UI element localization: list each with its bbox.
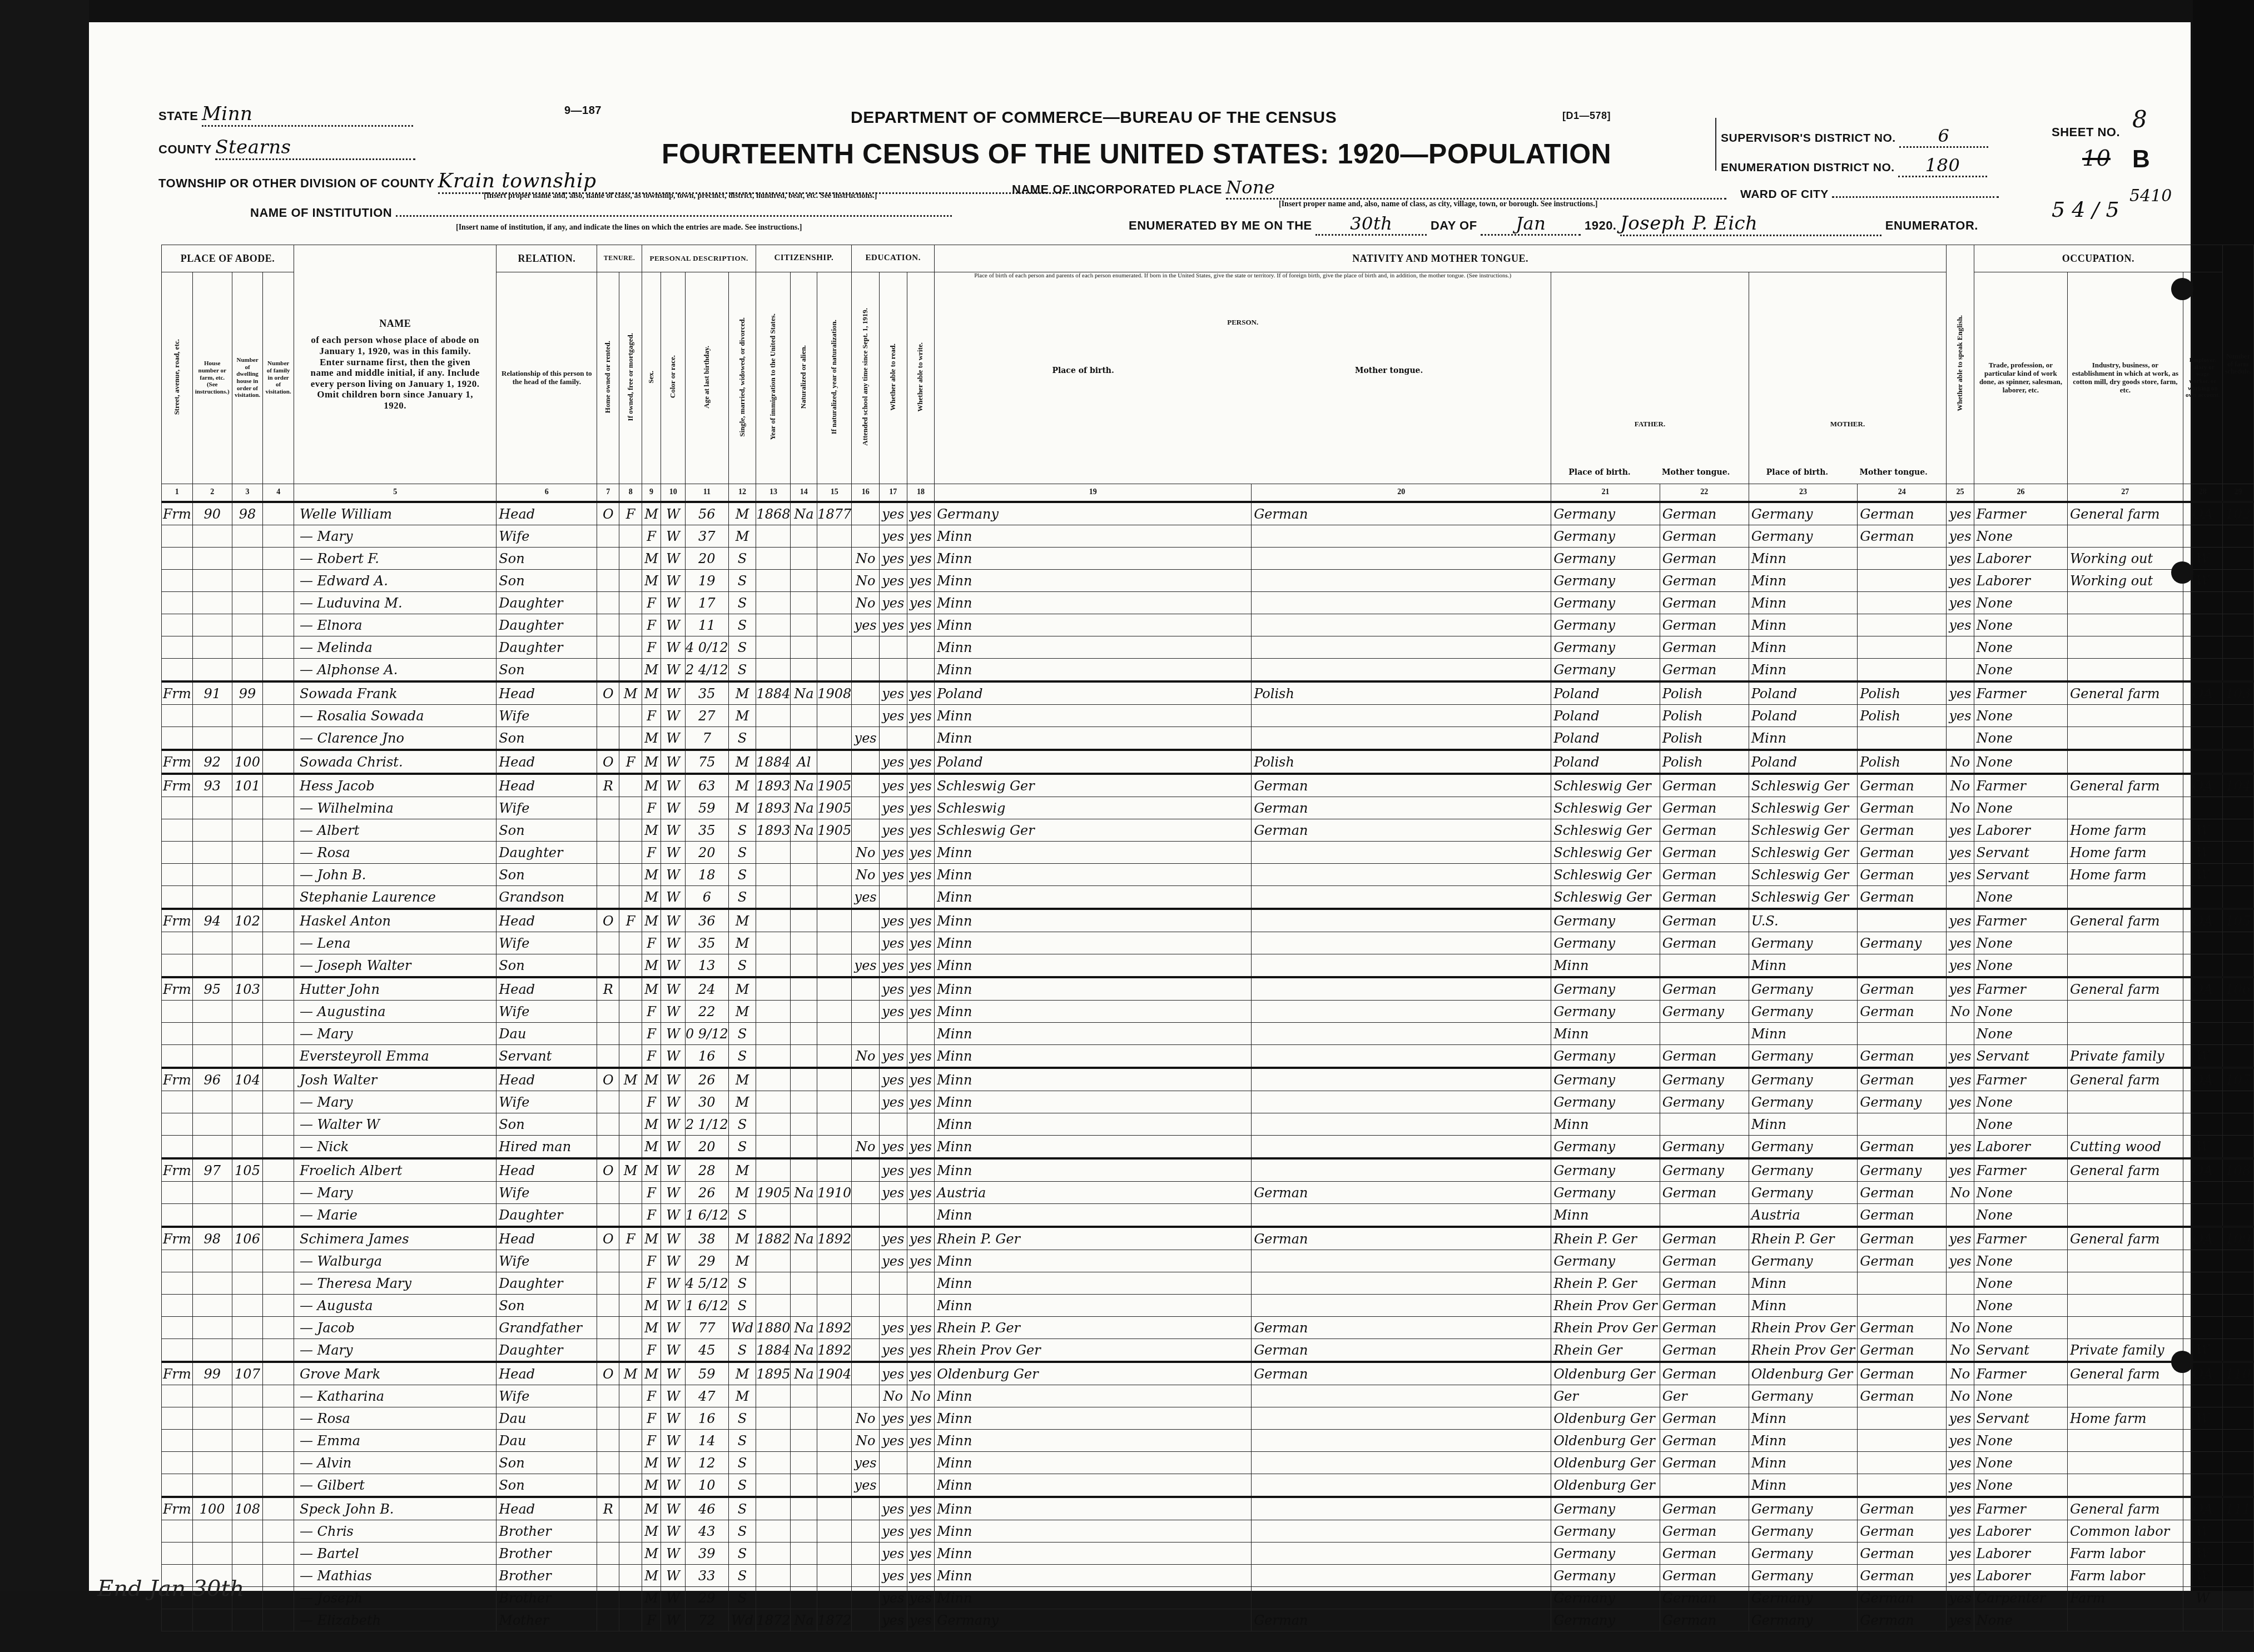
cell-family-number <box>263 1497 294 1520</box>
cell-rel: Dau <box>497 1407 597 1430</box>
cell-read: yes <box>879 1587 907 1609</box>
cell-tongue: German <box>1252 1609 1551 1631</box>
cell-mtongue: German <box>1858 1565 1947 1587</box>
cell-mtongue: German <box>1858 502 1947 525</box>
cell-name: — Clarence Jno <box>294 727 496 750</box>
cell-road <box>162 1520 193 1542</box>
cell-ftongue: German <box>1660 1542 1749 1565</box>
cell-race: W <box>661 548 686 570</box>
cell-ms: S <box>728 819 756 842</box>
cell-farm <box>2222 1474 2253 1497</box>
cell-natyr <box>817 1045 852 1068</box>
cell-occ: None <box>1974 1001 2067 1023</box>
cell-rel: Daughter <box>497 592 597 614</box>
cell-family-number <box>263 977 294 1001</box>
cell-race: W <box>661 1452 686 1474</box>
cell-read <box>879 659 907 682</box>
cell-fpob: Oldenburg Ger <box>1551 1362 1660 1385</box>
col-num: 17 <box>879 484 907 502</box>
cell-nat <box>791 1565 817 1587</box>
cell-eng <box>1947 636 1974 659</box>
cell-pob: Minn <box>935 1272 1252 1295</box>
cell-imm <box>756 977 791 1001</box>
cell-ms: M <box>728 797 756 819</box>
cell-ms: S <box>728 1587 756 1609</box>
cell-sex: M <box>642 548 661 570</box>
cell-name: — Robert F. <box>294 548 496 570</box>
cell-ftongue: German <box>1660 548 1749 570</box>
cell-rel: Dau <box>497 1430 597 1452</box>
cell-emp: OA <box>2183 1497 2222 1520</box>
cell-fpob: Germany <box>1551 525 1660 548</box>
cell-ms: S <box>728 1272 756 1295</box>
cell-name: — Edward A. <box>294 570 496 592</box>
cell-ind <box>2068 1023 2183 1045</box>
cell-race: W <box>661 636 686 659</box>
group-citizenship: CITIZENSHIP. <box>756 245 852 272</box>
father-label: FATHER. <box>1553 420 1746 429</box>
cell-mort <box>619 1542 642 1565</box>
cell-pob: Minn <box>935 1045 1252 1068</box>
cell-tongue <box>1252 1204 1551 1227</box>
cell-family-number <box>263 1339 294 1362</box>
cell-emp: OA <box>2183 909 2222 932</box>
cell-age: 14 <box>685 1430 728 1452</box>
cell-race: W <box>661 1023 686 1045</box>
cell-race: W <box>661 886 686 909</box>
cell-read: yes <box>879 1045 907 1068</box>
cell-natyr <box>817 1272 852 1295</box>
cell-race: W <box>661 1068 686 1091</box>
cell-eng: yes <box>1947 1250 1974 1272</box>
cell-rel: Son <box>497 954 597 978</box>
cell-eng: yes <box>1947 1407 1974 1430</box>
cell-nat: Na <box>791 774 817 797</box>
cell-rel: Mother <box>497 1609 597 1631</box>
cell-ms: S <box>728 548 756 570</box>
cell-nat: Na <box>791 1362 817 1385</box>
cell-tongue <box>1252 1385 1551 1407</box>
cell-fpob: Germany <box>1551 1045 1660 1068</box>
cell-fpob: Rhein Ger <box>1551 1339 1660 1362</box>
enumeration-label: ENUMERATION DISTRICT NO. <box>1721 161 1895 174</box>
cell-write <box>907 1474 935 1497</box>
cell-ind <box>2068 797 2183 819</box>
cell-ftongue: Germany <box>1660 1091 1749 1113</box>
cell-race: W <box>661 819 686 842</box>
cell-rel: Dau <box>497 1023 597 1045</box>
table-row: — JosephBrotherMW29SyesyesMinnGermanyGer… <box>162 1587 2254 1609</box>
cell-mpob: Rhein Prov Ger <box>1749 1339 1858 1362</box>
cell-age: 13 <box>685 954 728 978</box>
cell-ftongue: German <box>1660 1317 1749 1339</box>
cell-name: — Albert <box>294 819 496 842</box>
cell-pob: Rhein Prov Ger <box>935 1339 1252 1362</box>
cell-occ: Laborer <box>1974 548 2067 570</box>
cell-emp: OA <box>2183 681 2222 705</box>
cell-mpob: Poland <box>1749 681 1858 705</box>
cell-family-number <box>263 1317 294 1339</box>
cell-mpob: Germany <box>1749 1136 1858 1159</box>
cell-road: Frm <box>162 909 193 932</box>
cell-pob: Minn <box>935 909 1252 932</box>
cell-house <box>192 1023 232 1045</box>
cell-name: Haskel Anton <box>294 909 496 932</box>
cell-school <box>852 502 880 525</box>
cell-age: 1 6/12 <box>685 1295 728 1317</box>
cell-ind <box>2068 1430 2183 1452</box>
cell-emp <box>2183 1474 2222 1497</box>
cell-farm <box>2222 1317 2253 1339</box>
cell-imm <box>756 1136 791 1159</box>
cell-imm <box>756 1452 791 1474</box>
cell-occ: Farmer <box>1974 909 2067 932</box>
cell-fpob: Poland <box>1551 727 1660 750</box>
cell-dwelling <box>232 1136 263 1159</box>
punch-hole <box>2171 561 2193 584</box>
cell-farm <box>2222 1091 2253 1113</box>
cell-age: 63 <box>685 774 728 797</box>
cell-mtongue: German <box>1858 1542 1947 1565</box>
cell-race: W <box>661 1227 686 1250</box>
cell-farm <box>2222 886 2253 909</box>
cell-age: 22 <box>685 1001 728 1023</box>
cell-mpob: Schleswig Ger <box>1749 819 1858 842</box>
cell-road <box>162 1474 193 1497</box>
cell-road <box>162 886 193 909</box>
cell-farm <box>2222 1385 2253 1407</box>
cell-write: yes <box>907 1250 935 1272</box>
cell-dwelling <box>232 1295 263 1317</box>
name-instructions: of each person whose place of abode on J… <box>296 335 494 411</box>
cell-read: yes <box>879 548 907 570</box>
cell-ind: Working out <box>2068 570 2183 592</box>
cell-ms: M <box>728 705 756 727</box>
cell-farm <box>2222 1250 2253 1272</box>
cell-school <box>852 1497 880 1520</box>
cell-dwelling <box>232 614 263 636</box>
cell-age: 36 <box>685 909 728 932</box>
group-occupation: OCCUPATION. <box>1974 245 2222 272</box>
state-label: STATE <box>158 109 198 123</box>
cell-natyr <box>817 1023 852 1045</box>
cell-dwelling <box>232 1339 263 1362</box>
cell-tongue <box>1252 1091 1551 1113</box>
cell-mort <box>619 659 642 682</box>
cell-name: Hutter John <box>294 977 496 1001</box>
cell-mtongue <box>1858 592 1947 614</box>
cell-imm: 1882 <box>756 1227 791 1250</box>
col-num: 7 <box>597 484 619 502</box>
cell-sex: M <box>642 1452 661 1474</box>
township-value: Krain township <box>438 170 1094 194</box>
cell-nat <box>791 659 817 682</box>
cell-farm: 105 <box>2222 909 2253 932</box>
cell-occ: None <box>1974 727 2067 750</box>
cell-ftongue: German <box>1660 614 1749 636</box>
cell-own <box>597 548 619 570</box>
cell-age: 43 <box>685 1520 728 1542</box>
cell-occ: None <box>1974 1474 2067 1497</box>
cell-fpob: Germany <box>1551 1091 1660 1113</box>
cell-write: yes <box>907 1542 935 1565</box>
cell-road <box>162 636 193 659</box>
cell-occ: None <box>1974 1204 2067 1227</box>
cell-imm <box>756 1113 791 1136</box>
cell-imm <box>756 864 791 886</box>
cell-nat <box>791 886 817 909</box>
cell-natyr <box>817 1430 852 1452</box>
state-value: Minn <box>202 103 413 127</box>
cell-rel: Head <box>497 681 597 705</box>
cell-mpob: Germany <box>1749 1068 1858 1091</box>
cell-emp: W <box>2183 819 2222 842</box>
cell-dwelling <box>232 1023 263 1045</box>
cell-school <box>852 681 880 705</box>
cell-farm <box>2222 954 2253 978</box>
cell-ind: Cutting wood <box>2068 1136 2183 1159</box>
name-header: NAME <box>296 318 494 330</box>
cell-name: Speck John B. <box>294 1497 496 1520</box>
col-num: 21 <box>1551 484 1660 502</box>
cell-natyr <box>817 886 852 909</box>
cell-pob: Minn <box>935 1295 1252 1317</box>
cell-ind <box>2068 954 2183 978</box>
cell-farm <box>2222 525 2253 548</box>
table-row: — MaryDaughterFW45S1884Na1892yesyesRhein… <box>162 1339 2254 1362</box>
cell-nat <box>791 570 817 592</box>
cell-own: O <box>597 909 619 932</box>
cell-write: No <box>907 1385 935 1407</box>
col-num: 4 <box>263 484 294 502</box>
institution-label: NAME OF INSTITUTION <box>250 206 392 220</box>
col-13-header: Year of immigration to the United States… <box>756 272 791 484</box>
table-row: — MaryWifeFW30MyesyesMinnGermanyGermanyG… <box>162 1091 2254 1113</box>
cell-natyr <box>817 1001 852 1023</box>
cell-family-number <box>263 548 294 570</box>
cell-ind: General farm <box>2068 774 2183 797</box>
punch-hole <box>2171 278 2193 300</box>
cell-nat <box>791 1045 817 1068</box>
cell-occ: None <box>1974 1023 2067 1045</box>
col-8-header: If owned, free or mortgaged. <box>619 272 642 484</box>
cell-name: — Joseph Walter <box>294 954 496 978</box>
cell-sex: F <box>642 1001 661 1023</box>
cell-eng: yes <box>1947 1158 1974 1182</box>
cell-dwelling <box>232 1204 263 1227</box>
cell-own <box>597 1430 619 1452</box>
cell-house <box>192 1474 232 1497</box>
col-12-header: Single, married, widowed, or divorced. <box>728 272 756 484</box>
cell-ind <box>2068 592 2183 614</box>
cell-sex: M <box>642 1227 661 1250</box>
cell-school <box>852 705 880 727</box>
cell-read: yes <box>879 502 907 525</box>
cell-road: Frm <box>162 750 193 774</box>
cell-race: W <box>661 1113 686 1136</box>
cell-dwelling: 106 <box>232 1227 263 1250</box>
cell-house <box>192 842 232 864</box>
cell-house <box>192 1204 232 1227</box>
cell-rel: Brother <box>497 1542 597 1565</box>
cell-emp: OA <box>2183 1227 2222 1250</box>
cell-race: W <box>661 1497 686 1520</box>
cell-house <box>192 1001 232 1023</box>
cell-imm <box>756 1587 791 1609</box>
cell-sex: F <box>642 1045 661 1068</box>
cell-eng: yes <box>1947 932 1974 954</box>
cell-fpob: Germany <box>1551 1609 1660 1631</box>
cell-ind: General farm <box>2068 1497 2183 1520</box>
col-num: 18 <box>907 484 935 502</box>
cell-rel: Head <box>497 750 597 774</box>
cell-tongue <box>1252 1158 1551 1182</box>
cell-farm: 106 <box>2222 977 2253 1001</box>
cell-house: 97 <box>192 1158 232 1182</box>
cell-mpob: Germany <box>1749 1565 1858 1587</box>
cell-eng <box>1947 1272 1974 1295</box>
cell-tongue <box>1252 1068 1551 1091</box>
cell-own <box>597 1272 619 1295</box>
cell-school <box>852 1317 880 1339</box>
cell-imm: 1905 <box>756 1182 791 1204</box>
cell-fpob: Minn <box>1551 954 1660 978</box>
table-row: Frm99107Grove MarkHeadOMMW59M1895Na1904y… <box>162 1362 2254 1385</box>
census-rows: Frm9098Welle WilliamHeadOFMW56M1868Na187… <box>162 502 2254 1631</box>
cell-sex: F <box>642 932 661 954</box>
cell-mpob: Germany <box>1749 1250 1858 1272</box>
cell-mtongue <box>1858 1452 1947 1474</box>
cell-rel: Head <box>497 1068 597 1091</box>
col-3-header: Number of dwelling house in order of vis… <box>232 272 263 484</box>
cell-house <box>192 548 232 570</box>
col-num: 20 <box>1252 484 1551 502</box>
sheet-number: 8 <box>2132 106 2147 133</box>
cell-ind <box>2068 1204 2183 1227</box>
cell-emp <box>2183 1023 2222 1045</box>
cell-write: yes <box>907 819 935 842</box>
cell-ms: S <box>728 1407 756 1430</box>
cell-ftongue: German <box>1660 1587 1749 1609</box>
cell-tongue <box>1252 842 1551 864</box>
incorporated-field: NAME OF INCORPORATED PLACE None <box>1012 177 1726 200</box>
cell-own <box>597 1385 619 1407</box>
cell-name: — Emma <box>294 1430 496 1452</box>
col-15-header: If naturalized, year of naturalization. <box>817 272 852 484</box>
cell-age: 16 <box>685 1045 728 1068</box>
cell-age: 6 <box>685 886 728 909</box>
cell-eng <box>1947 727 1974 750</box>
cell-eng <box>1947 886 1974 909</box>
cell-mtongue: German <box>1858 1068 1947 1091</box>
table-row: Frm93101Hess JacobHeadRMW63M1893Na1905ye… <box>162 774 2254 797</box>
cell-farm <box>2222 636 2253 659</box>
sheet-side: B <box>2132 146 2150 173</box>
cell-school: yes <box>852 614 880 636</box>
cell-natyr <box>817 1204 852 1227</box>
cell-age: 17 <box>685 592 728 614</box>
cell-ftongue: German <box>1660 1407 1749 1430</box>
cell-fpob: Germany <box>1551 1158 1660 1182</box>
state-field: STATE Minn <box>158 103 413 127</box>
cell-fpob: Germany <box>1551 977 1660 1001</box>
cell-write: yes <box>907 1609 935 1631</box>
cell-road <box>162 592 193 614</box>
cell-name: — Jacob <box>294 1317 496 1339</box>
cell-family-number <box>263 570 294 592</box>
cell-read: yes <box>879 864 907 886</box>
cell-pob: Minn <box>935 1001 1252 1023</box>
cell-name: — Mary <box>294 1091 496 1113</box>
cell-family-number <box>263 1136 294 1159</box>
cell-school <box>852 1587 880 1609</box>
cell-natyr <box>817 1565 852 1587</box>
cell-emp <box>2183 1609 2222 1631</box>
col-10-header: Color or race. <box>661 272 686 484</box>
table-row: Frm96104Josh WalterHeadOMMW26MyesyesMinn… <box>162 1068 2254 1091</box>
col-2-header: House number or farm, etc. (See instruct… <box>192 272 232 484</box>
cell-age: 20 <box>685 548 728 570</box>
enumerated-line: ENUMERATED BY ME ON THE 30th DAY OF Jan … <box>1129 212 1978 236</box>
cell-rel: Wife <box>497 932 597 954</box>
cell-road <box>162 1045 193 1068</box>
cell-pob: Schleswig Ger <box>935 819 1252 842</box>
cell-dwelling: 107 <box>232 1362 263 1385</box>
cell-ms: M <box>728 932 756 954</box>
cell-name: — Katharina <box>294 1385 496 1407</box>
cell-farm: 107 <box>2222 1068 2253 1091</box>
cell-write: yes <box>907 909 935 932</box>
cell-race: W <box>661 659 686 682</box>
form-code: [D1—578] <box>1562 110 1611 122</box>
cell-name: — Luduvina M. <box>294 592 496 614</box>
cell-road: Frm <box>162 1227 193 1250</box>
cell-nat <box>791 1407 817 1430</box>
cell-fpob: Rhein Prov Ger <box>1551 1295 1660 1317</box>
cell-ind <box>2068 886 2183 909</box>
cell-fpob: Minn <box>1551 1204 1660 1227</box>
cell-dwelling <box>232 1091 263 1113</box>
cell-tongue: German <box>1252 1227 1551 1250</box>
incorporated-label: NAME OF INCORPORATED PLACE <box>1012 182 1222 196</box>
end-note: End Jan 30th <box>97 1576 244 1601</box>
cell-read: yes <box>879 932 907 954</box>
cell-imm <box>756 1407 791 1430</box>
cell-own: O <box>597 1362 619 1385</box>
cell-own <box>597 1452 619 1474</box>
table-row: — BartelBrotherMW39SyesyesMinnGermanyGer… <box>162 1542 2254 1565</box>
cell-read <box>879 1023 907 1045</box>
cell-natyr: 1905 <box>817 797 852 819</box>
cell-nat <box>791 977 817 1001</box>
cell-ind: General farm <box>2068 1158 2183 1182</box>
cell-house: 90 <box>192 502 232 525</box>
cell-family-number <box>263 727 294 750</box>
cell-occ: Servant <box>1974 1339 2067 1362</box>
cell-read: yes <box>879 681 907 705</box>
cell-eng: yes <box>1947 954 1974 978</box>
cell-write: yes <box>907 1497 935 1520</box>
cell-fpob: Germany <box>1551 909 1660 932</box>
cell-road <box>162 659 193 682</box>
cell-own <box>597 1609 619 1631</box>
col-28-header: Employer, salary or wage worker, or work… <box>2183 272 2222 484</box>
cell-occ: Servant <box>1974 1407 2067 1430</box>
cell-name: Grove Mark <box>294 1362 496 1385</box>
cell-nat <box>791 614 817 636</box>
cell-school: No <box>852 1407 880 1430</box>
table-row: — Rosalia SowadaWifeFW27MyesyesMinnPolan… <box>162 705 2254 727</box>
